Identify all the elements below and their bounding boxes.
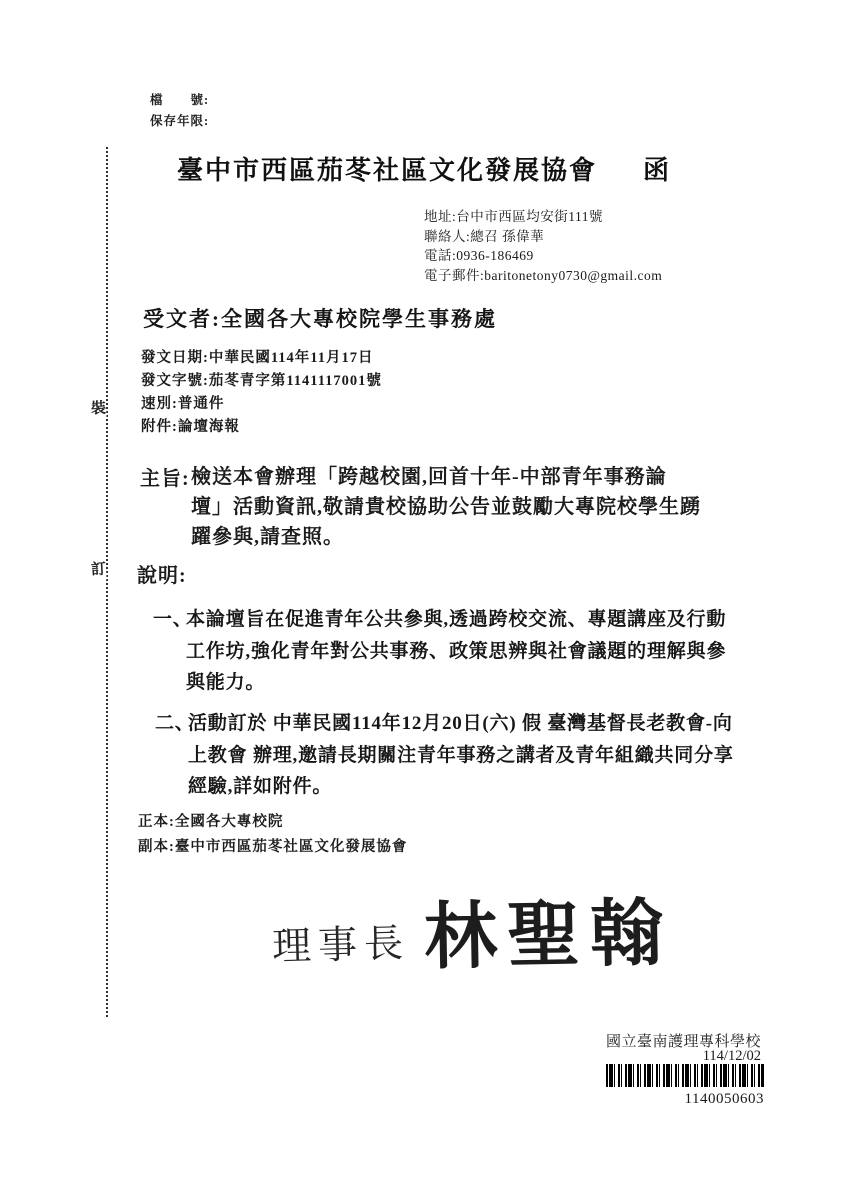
signature-block: 理事長 林聖翰: [272, 876, 673, 981]
sender-address: 地址:台中市西區均安街111號: [424, 207, 662, 227]
archive-block: 檔 號: 保存年限:: [150, 90, 209, 132]
receiving-serial-number: 1140050603: [606, 1091, 764, 1108]
item-line: 本論壇旨在促進青年公共參與,透過跨校交流、專題講座及行動: [186, 604, 771, 636]
signer-title: 理事長: [271, 912, 410, 972]
binding-fold-line: [106, 147, 108, 1017]
description-label: 說明:: [137, 559, 187, 588]
subject-line: 壇」活動資訊,敬請貴校協助公告並鼓勵大專院校學生踴: [191, 492, 751, 522]
scanned-official-letter: 檔 號: 保存年限: 臺中市西區茄苳社區文化發展協會 函 地址:台中市西區均安街…: [0, 0, 848, 1200]
receiving-date: 114/12/02: [606, 1048, 761, 1065]
cc-copy-line: 副本:臺中市西區茄苳社區文化發展協會: [138, 835, 407, 860]
file-number-label: 檔 號:: [150, 90, 209, 111]
description-item-1: 一、 本論壇旨在促進青年公共參與,透過跨校交流、專題講座及行動 工作坊,強化青年…: [153, 604, 771, 699]
item-body: 活動訂於 中華民國114年12月20日(六) 假 臺灣基督長老教會-向 上教會 …: [188, 708, 773, 803]
item-line: 上教會 辦理,邀請長期關注青年事務之講者及青年組織共同分享: [188, 740, 773, 772]
copies-block: 正本:全國各大專校院 副本:臺中市西區茄苳社區文化發展協會: [138, 810, 407, 859]
doc-meta-block: 發文日期:中華民國114年11月17日 發文字號:茄苳青字第1141117001…: [141, 347, 382, 439]
sender-email: 電子郵件:baritonetony0730@gmail.com: [424, 266, 662, 286]
item-number: 一、: [153, 604, 193, 636]
sender-contact-block: 地址:台中市西區均安街111號 聯絡人:總召 孫偉華 電話:0936-18646…: [424, 207, 662, 285]
item-line: 與能力。: [186, 667, 771, 699]
item-line: 活動訂於 中華民國114年12月20日(六) 假 臺灣基督長老教會-向: [188, 708, 773, 740]
recipient-line: 受文者:全國各大專校院學生事務處: [143, 303, 497, 333]
letter-title: 臺中市西區茄苳社區文化發展協會 函: [0, 150, 848, 187]
priority-level: 速別:普通件: [141, 393, 382, 416]
item-line: 經驗,詳如附件。: [188, 771, 773, 803]
barcode: [606, 1064, 764, 1087]
binding-mark-ding: 訂: [90, 557, 106, 581]
subject-line: 躍參與,請查照。: [191, 522, 751, 552]
attachment-note: 附件:論壇海報: [141, 416, 382, 439]
subject-text: 檢送本會辦理「跨越校園,回首十年-中部青年事務論 壇」活動資訊,敬請貴校協助公告…: [191, 462, 751, 552]
retention-period-label: 保存年限:: [150, 111, 209, 132]
item-number: 二、: [155, 708, 195, 740]
description-item-2: 二、 活動訂於 中華民國114年12月20日(六) 假 臺灣基督長老教會-向 上…: [155, 708, 773, 803]
sender-phone: 電話:0936-186469: [424, 246, 662, 266]
document-type: 函: [643, 150, 671, 187]
binding-mark-zhuang: 裝: [90, 396, 106, 420]
item-body: 本論壇旨在促進青年公共參與,透過跨校交流、專題講座及行動 工作坊,強化青年對公共…: [186, 604, 771, 699]
sender-contact-person: 聯絡人:總召 孫偉華: [424, 227, 662, 247]
item-line: 工作坊,強化青年對公共事務、政策思辨與社會議題的理解與參: [186, 636, 771, 668]
doc-number: 發文字號:茄苳青字第1141117001號: [141, 370, 382, 393]
issuing-org-name: 臺中市西區茄苳社區文化發展協會: [177, 150, 597, 187]
subject-label: 主旨:: [140, 462, 190, 491]
subject-line: 檢送本會辦理「跨越校園,回首十年-中部青年事務論: [191, 462, 751, 492]
signer-handwritten-name: 林聖翰: [423, 874, 674, 983]
issue-date: 發文日期:中華民國114年11月17日: [141, 347, 382, 370]
original-copy-line: 正本:全國各大專校院: [138, 810, 407, 835]
